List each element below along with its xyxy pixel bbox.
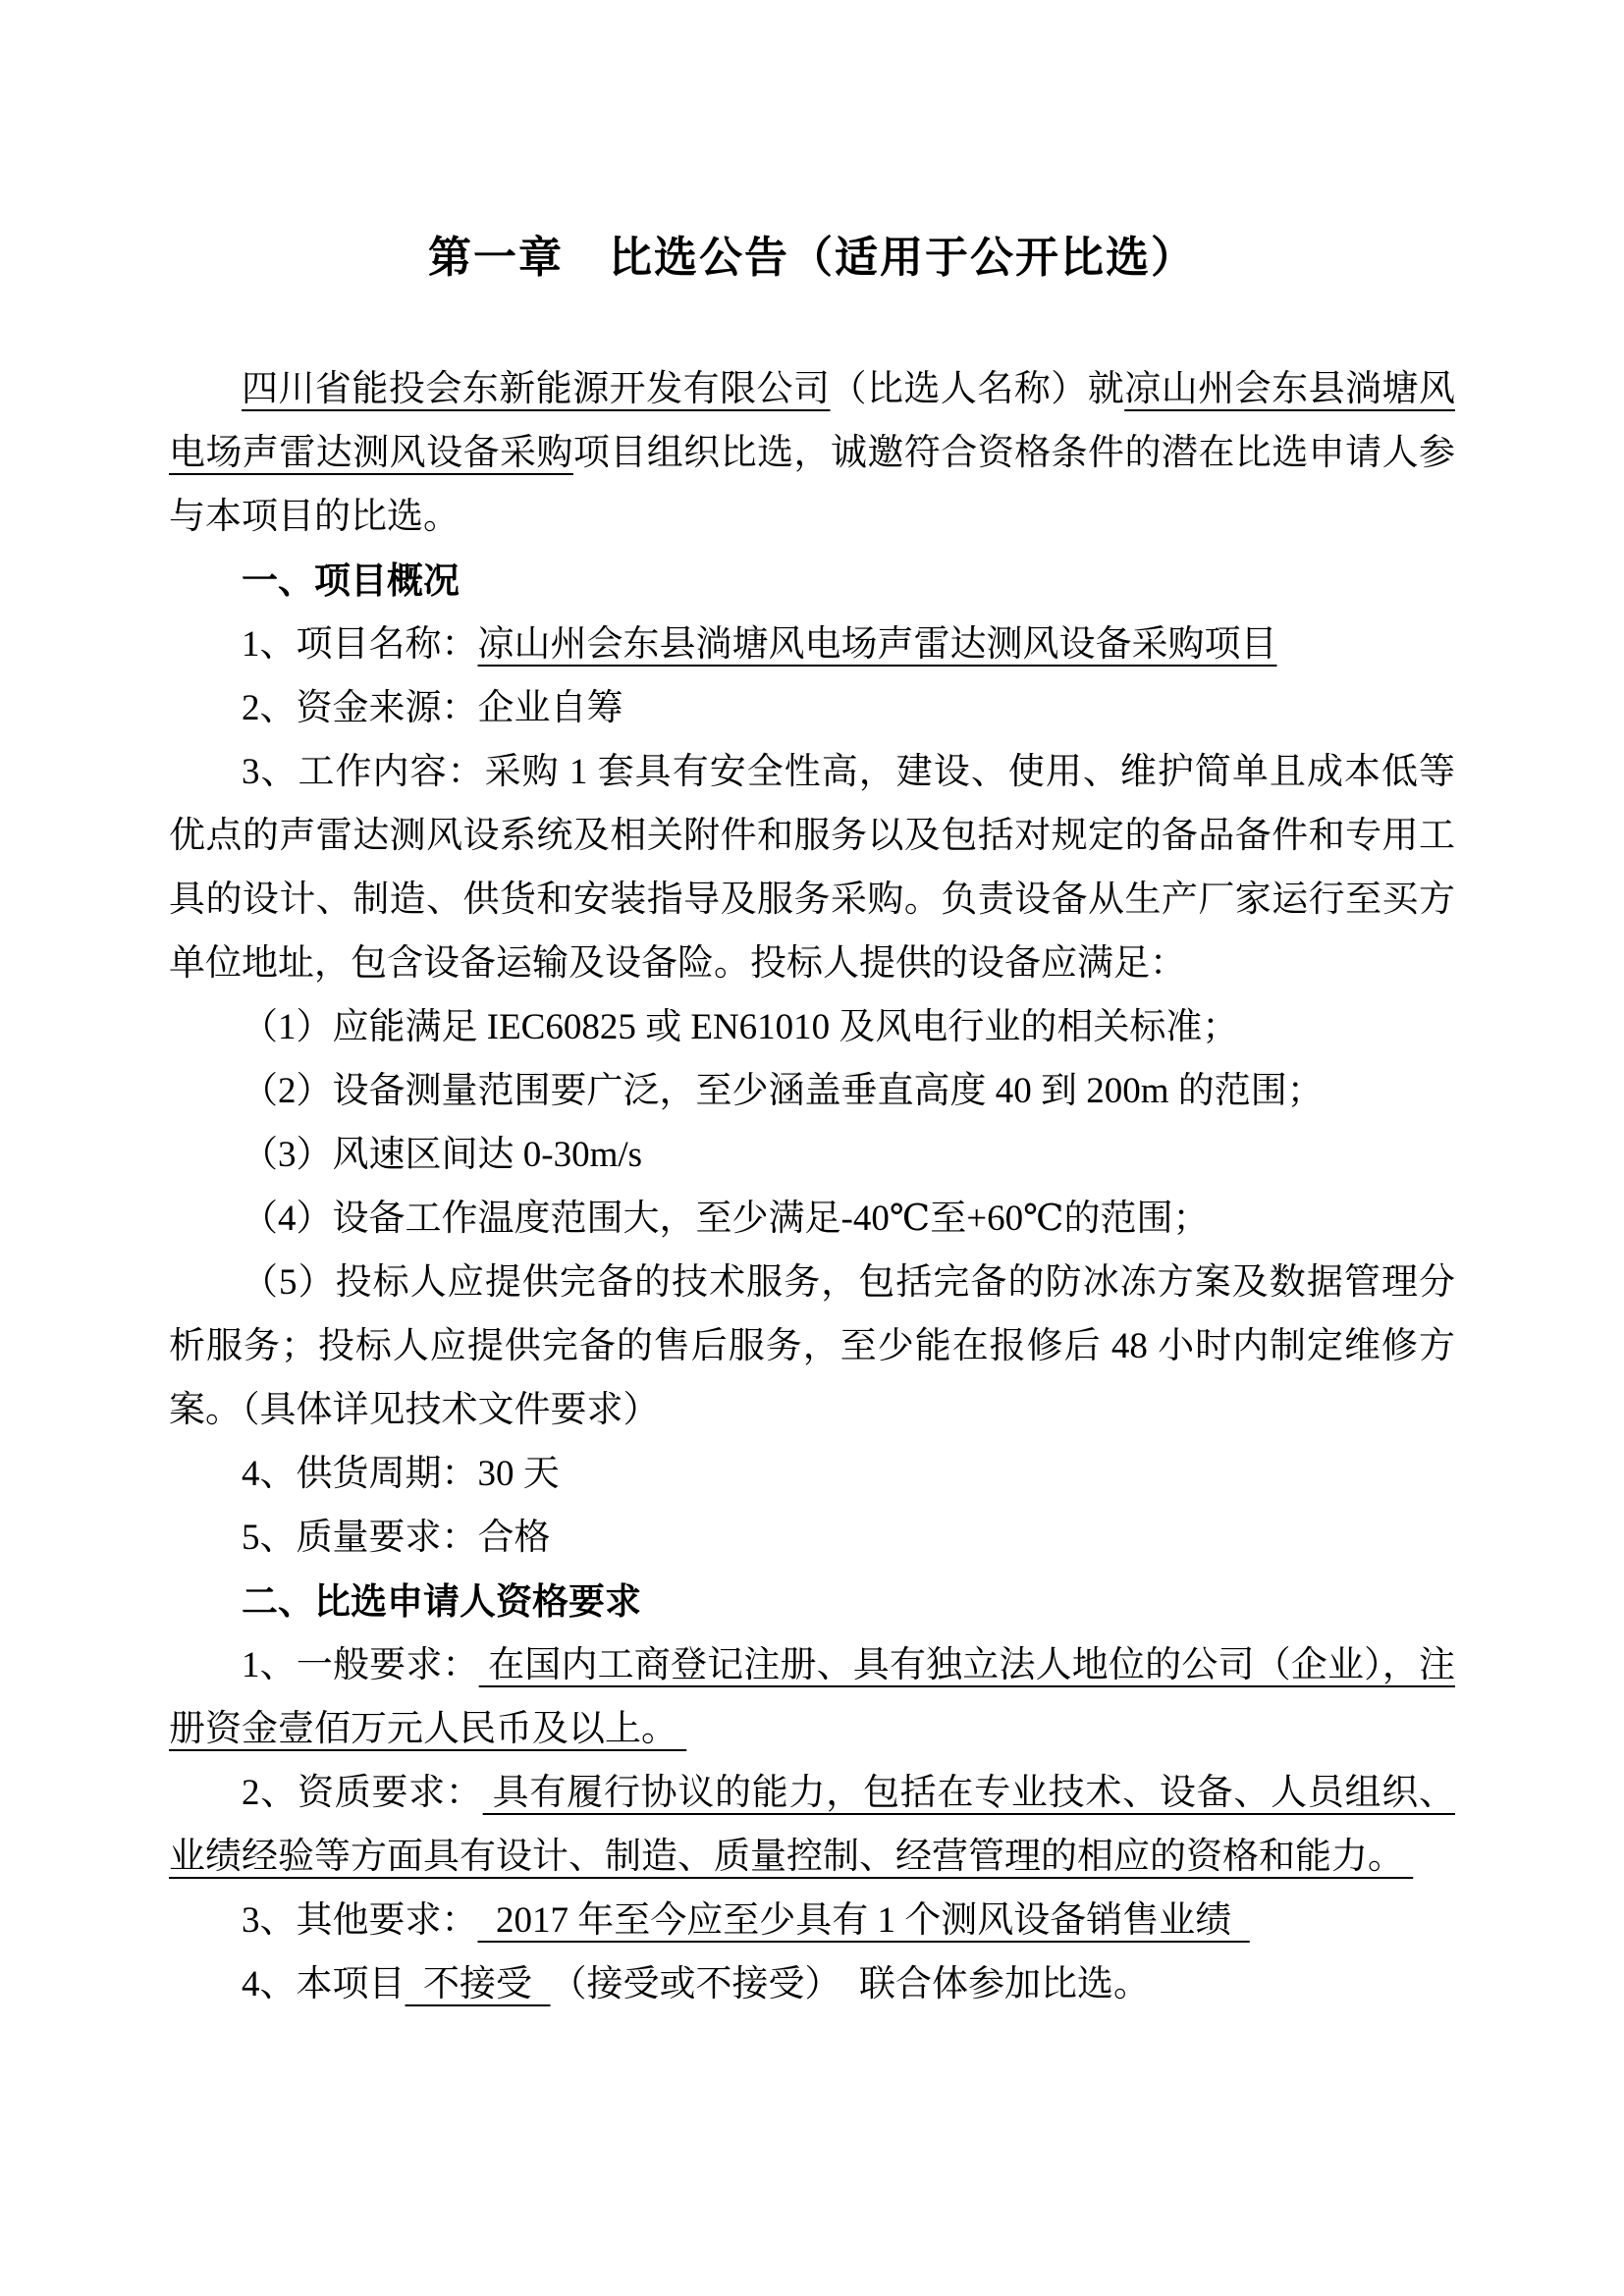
underlined-text: 四川省能投会东新能源开发有限公司 xyxy=(242,369,831,409)
paragraph: 2、资质要求： 具有履行协议的能力，包括在专业技术、设备、人员组织、业绩经验等方… xyxy=(169,1761,1455,1889)
text-run: 一、项目概况 xyxy=(242,561,460,601)
text-run: 3、工作内容：采购 1 套具有安全性高，建设、使用、维护简单且成本低等优点的声雷… xyxy=(169,752,1455,984)
page: 第一章 比选公告（适用于公开比选） 四川省能投会东新能源开发有限公司（比选人名称… xyxy=(0,0,1624,2296)
paragraph: 4、供货周期：30 天 xyxy=(169,1442,1455,1506)
underlined-text: 凉山州会东县淌塘风电场声雷达测风设备采购项目 xyxy=(478,624,1277,665)
paragraph: 4、本项目 不接受 （接受或不接受） 联合体参加比选。 xyxy=(169,1952,1455,2016)
paragraph: 5、质量要求：合格 xyxy=(169,1506,1455,1570)
text-run: （接受或不接受） 联合体参加比选。 xyxy=(551,1964,1151,2004)
text-run: （3）风速区间达 0-30m/s xyxy=(242,1135,642,1175)
paragraph: 3、其他要求： 2017 年至今应至少具有 1 个测风设备销售业绩 xyxy=(169,1889,1455,1952)
text-run: （5）投标人应提供完备的技术服务，包括完备的防冰冻方案及数据管理分析服务；投标人… xyxy=(169,1262,1455,1430)
underlined-text: 2017 年至今应至少具有 1 个测风设备销售业绩 xyxy=(478,1900,1250,1941)
paragraph: 1、项目名称：凉山州会东县淌塘风电场声雷达测风设备采购项目 xyxy=(169,613,1455,676)
document-body: 四川省能投会东新能源开发有限公司（比选人名称）就凉山州会东县淌塘风电场声雷达测风… xyxy=(169,357,1455,2016)
text-run: 3、其他要求： xyxy=(242,1900,478,1941)
text-run: （2）设备测量范围要广泛，至少涵盖垂直高度 40 到 200m 的范围； xyxy=(242,1071,1324,1111)
paragraph: 1、一般要求： 在国内工商登记注册、具有独立法人地位的公司（企业），注册资金壹佰… xyxy=(169,1633,1455,1761)
paragraph: （2）设备测量范围要广泛，至少涵盖垂直高度 40 到 200m 的范围； xyxy=(169,1059,1455,1123)
text-run: （4）设备工作温度范围大，至少满足-40℃至+60℃的范围； xyxy=(242,1199,1209,1239)
text-run: 1、项目名称： xyxy=(242,624,478,665)
text-run: （1）应能满足 IEC60825 或 EN61010 及风电行业的相关标准； xyxy=(242,1007,1238,1047)
text-run: 5、质量要求：合格 xyxy=(242,1518,551,1558)
text-run: （比选人名称）就 xyxy=(831,369,1125,409)
text-run: 2、资金来源：企业自筹 xyxy=(242,688,623,728)
text-run: 2、资质要求： xyxy=(242,1773,483,1813)
text-run: 4、本项目 xyxy=(242,1964,406,2004)
section-heading: 一、项目概况 xyxy=(169,549,1455,613)
paragraph: （5）投标人应提供完备的技术服务，包括完备的防冰冻方案及数据管理分析服务；投标人… xyxy=(169,1251,1455,1442)
text-run: 二、比选申请人资格要求 xyxy=(242,1581,641,1622)
paragraph: （1）应能满足 IEC60825 或 EN61010 及风电行业的相关标准； xyxy=(169,995,1455,1059)
paragraph: 2、资金来源：企业自筹 xyxy=(169,676,1455,740)
section-heading: 二、比选申请人资格要求 xyxy=(169,1570,1455,1633)
document-title: 第一章 比选公告（适用于公开比选） xyxy=(169,234,1455,283)
paragraph: 3、工作内容：采购 1 套具有安全性高，建设、使用、维护简单且成本低等优点的声雷… xyxy=(169,740,1455,995)
paragraph: （3）风速区间达 0-30m/s xyxy=(169,1123,1455,1187)
paragraph: （4）设备工作温度范围大，至少满足-40℃至+60℃的范围； xyxy=(169,1187,1455,1251)
underlined-text: 不接受 xyxy=(406,1964,551,2004)
text-run: 4、供货周期：30 天 xyxy=(242,1454,560,1494)
paragraph: 四川省能投会东新能源开发有限公司（比选人名称）就凉山州会东县淌塘风电场声雷达测风… xyxy=(169,357,1455,549)
text-run: 1、一般要求： xyxy=(242,1645,479,1685)
